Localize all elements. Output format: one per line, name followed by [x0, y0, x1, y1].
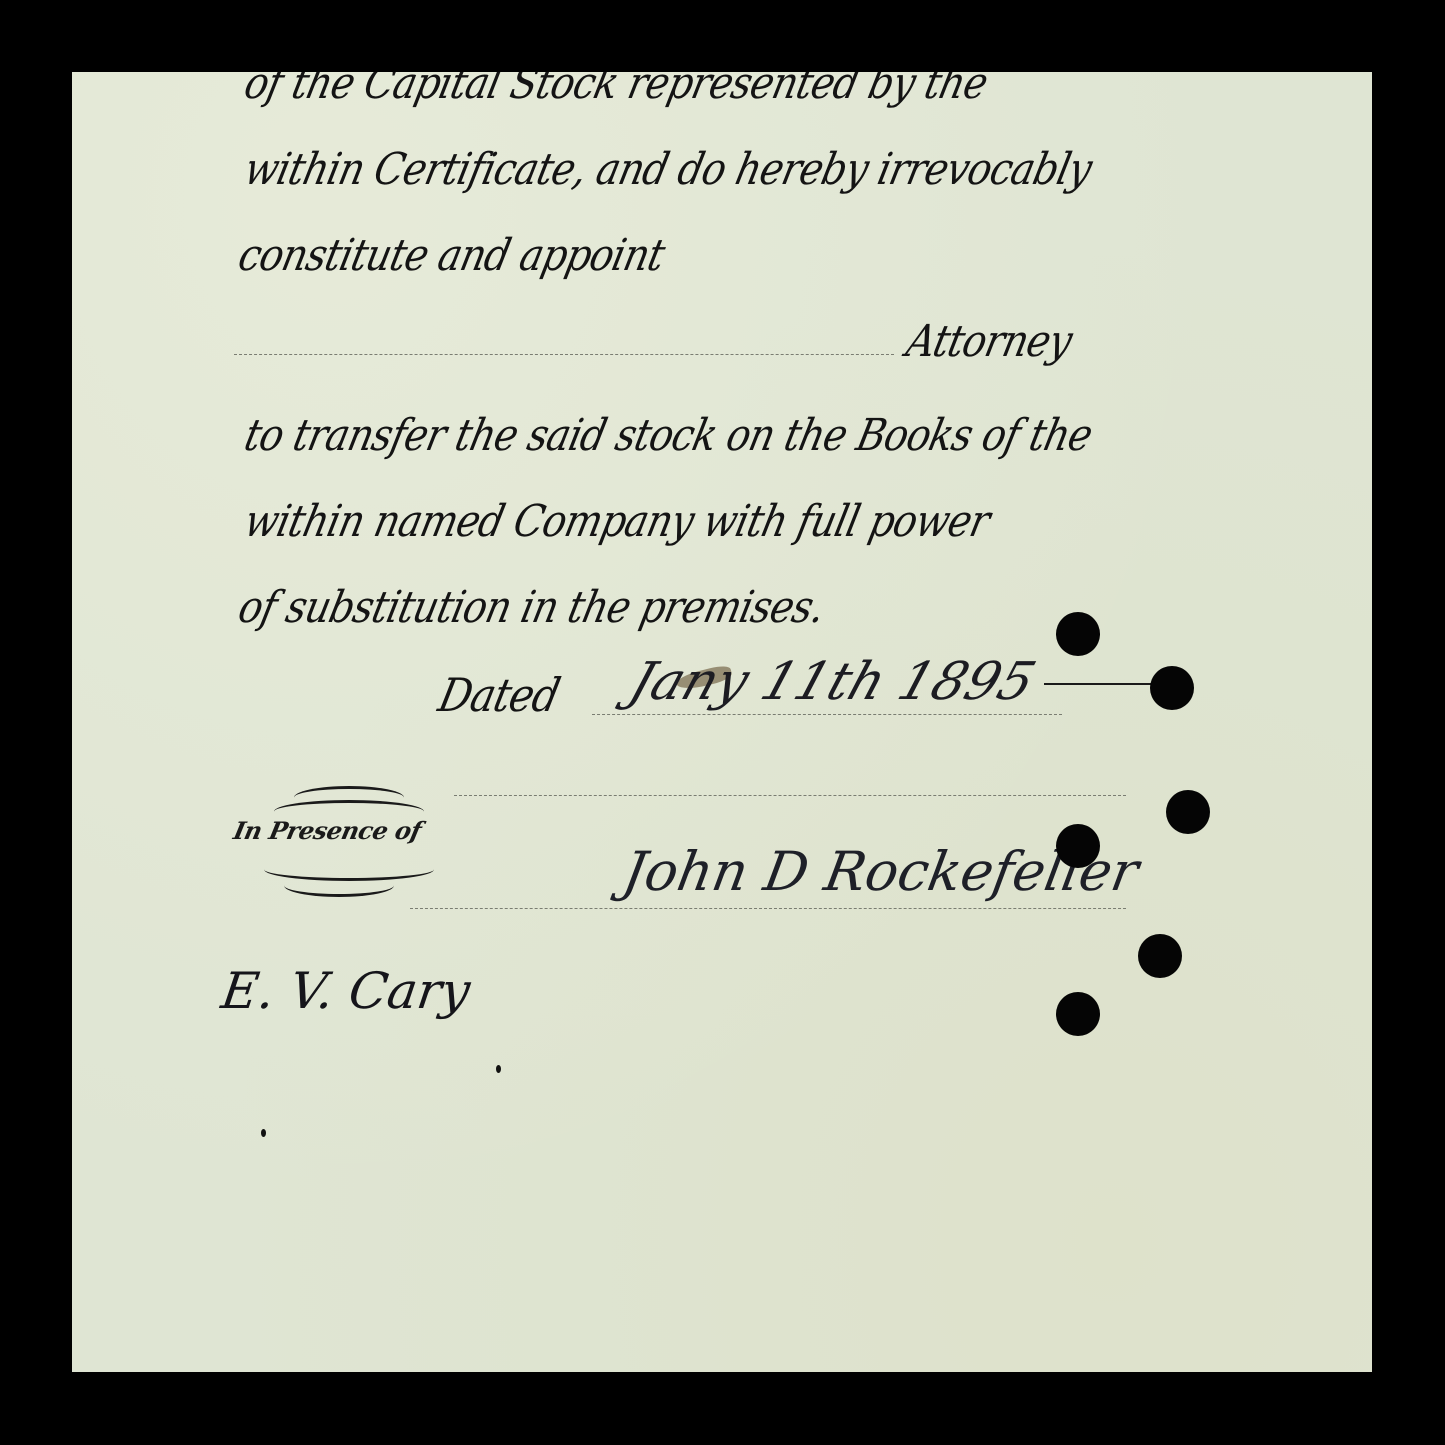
in-presence-of-label: In Presence of [231, 816, 424, 845]
in-presence-of-ornament: In Presence of [224, 780, 444, 900]
engraved-line-7: of substitution in the premises. [234, 582, 829, 633]
punch-hole-3 [1166, 790, 1210, 834]
attorney-label: Attorney [902, 316, 1076, 367]
dated-value: Jany 11th 1895 [622, 652, 1042, 712]
dated-line [592, 714, 1062, 715]
witness-signature: E. V. Cary [218, 962, 474, 1020]
witness-line [454, 795, 1126, 796]
signature-line [410, 908, 1126, 909]
ink-speck [261, 1129, 266, 1137]
punch-hole-2 [1150, 666, 1194, 710]
punch-hole-4 [1056, 824, 1100, 868]
engraved-line-3: constitute and appoint [234, 230, 669, 281]
attorney-name-line [234, 354, 894, 355]
engraved-line-5: to transfer the said stock on the Books … [240, 410, 1097, 461]
dated-label: Dated [434, 668, 564, 722]
certificate-paper: of the Capital Stock represented by the … [72, 72, 1372, 1372]
punch-hole-1 [1056, 612, 1100, 656]
engraved-line-2: within Certificate, and do hereby irrevo… [240, 144, 1096, 195]
ink-speck [496, 1065, 501, 1073]
punch-hole-5 [1138, 934, 1182, 978]
engraved-line-6: within named Company with full power [240, 496, 994, 547]
engraved-line-1: of the Capital Stock represented by the [240, 72, 992, 109]
flourish-bottom-2 [284, 874, 394, 897]
punch-hole-6 [1056, 992, 1100, 1036]
